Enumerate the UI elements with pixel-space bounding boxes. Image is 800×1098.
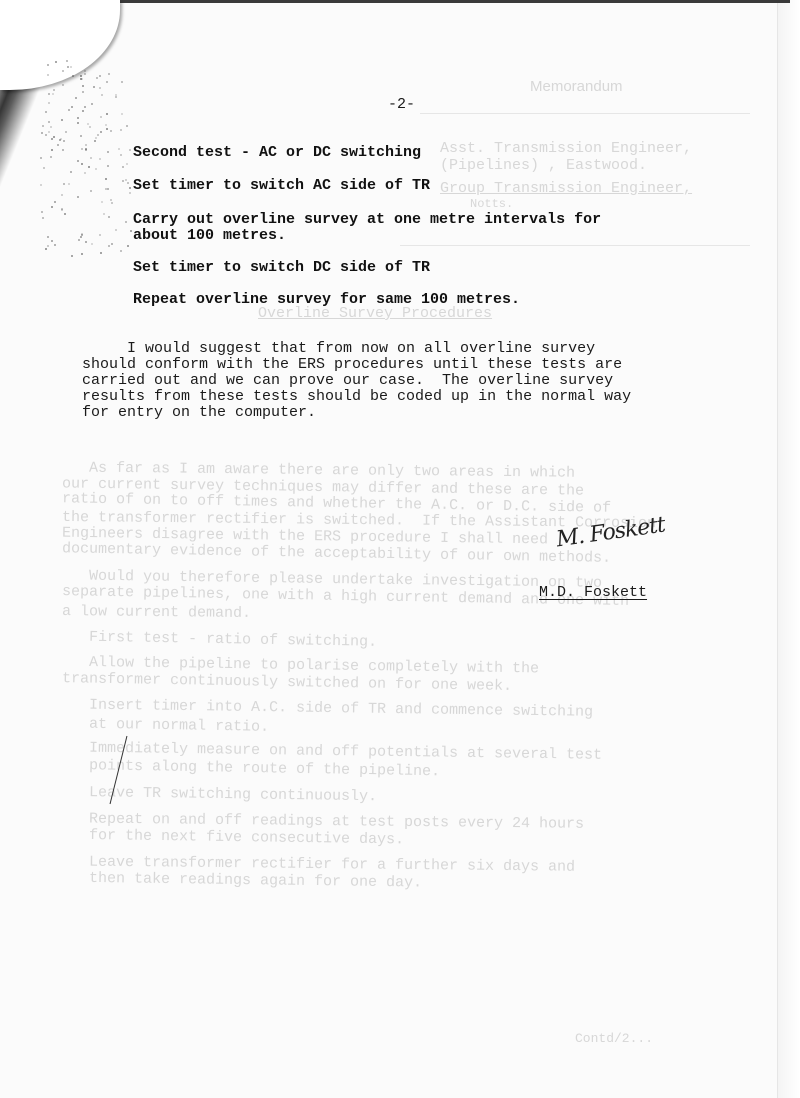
- speckle: [127, 245, 129, 247]
- step-timer-ac: Set timer to switch AC side of TR: [133, 178, 430, 194]
- step-second-test: Second test - AC or DC switching: [133, 145, 421, 161]
- speckle: [63, 140, 65, 142]
- speckle: [80, 78, 82, 80]
- speckle: [90, 190, 92, 192]
- speckle: [111, 202, 113, 204]
- speckle: [71, 255, 73, 257]
- speckle: [81, 253, 83, 255]
- ghost-rule: [400, 245, 750, 246]
- speckle: [97, 134, 99, 136]
- speckle: [41, 211, 43, 213]
- speckle: [87, 123, 89, 125]
- speckle: [80, 135, 82, 137]
- ghost-to-line: Asst. Transmission Engineer,: [440, 140, 692, 157]
- speckle: [101, 201, 103, 203]
- speckle: [82, 110, 84, 112]
- speckle: [54, 201, 56, 203]
- speckle: [130, 230, 132, 232]
- speckle: [71, 106, 73, 108]
- speckle: [100, 252, 102, 254]
- speckle: [55, 61, 57, 63]
- speckle: [95, 137, 97, 139]
- speckle: [54, 244, 56, 246]
- speckle: [61, 119, 63, 121]
- ghost-body-line: for the next five consecutive days.: [62, 827, 404, 849]
- speckle: [126, 125, 128, 127]
- speckle: [40, 184, 42, 186]
- speckle: [80, 75, 82, 77]
- speckle: [48, 102, 50, 104]
- ghost-rule: [420, 113, 750, 114]
- paragraph-line: I would suggest that from now on all ove…: [82, 341, 595, 357]
- speckle: [105, 178, 107, 180]
- speckle: [77, 160, 79, 162]
- speckle: [43, 167, 45, 169]
- ghost-header: Memorandum: [530, 78, 623, 95]
- speckle: [100, 116, 102, 118]
- speckle: [94, 140, 96, 142]
- speckle: [99, 87, 101, 89]
- speckle: [107, 188, 109, 190]
- ghost-body-line: First test - ratio of switching.: [62, 628, 377, 650]
- speckle: [115, 96, 117, 98]
- speckle: [111, 243, 113, 245]
- speckle: [122, 180, 124, 182]
- speckle: [85, 149, 87, 151]
- page-number: -2-: [388, 97, 415, 113]
- speckle: [47, 245, 49, 247]
- step-timer-dc: Set timer to switch DC side of TR: [133, 260, 430, 276]
- speckle: [82, 91, 84, 93]
- speckle: [82, 85, 84, 87]
- speckle: [42, 125, 44, 127]
- page-edge: [777, 0, 800, 1098]
- speckle: [60, 138, 62, 140]
- speckle: [45, 111, 47, 113]
- speckle: [99, 75, 101, 77]
- speckle: [81, 233, 83, 235]
- speckle: [122, 166, 124, 168]
- ghost-to-line: Group Transmission Engineer,: [440, 180, 692, 197]
- speckle: [101, 94, 103, 96]
- step-repeat-survey: Repeat overline survey for same 100 metr…: [133, 292, 520, 308]
- speckle: [51, 206, 53, 208]
- speckle: [121, 113, 123, 115]
- speckle: [100, 131, 102, 133]
- speckle: [42, 217, 44, 219]
- speckle: [48, 121, 50, 123]
- speckle: [47, 236, 49, 238]
- speckle: [77, 117, 79, 119]
- speckle: [121, 81, 123, 83]
- speckle: [125, 179, 127, 181]
- speckle: [51, 138, 53, 140]
- speckle: [75, 97, 77, 99]
- speckle: [51, 240, 53, 242]
- speckle: [118, 148, 120, 150]
- speckle: [84, 172, 86, 174]
- paragraph-line: carried out and we can prove our case. T…: [82, 373, 613, 389]
- speckle: [91, 103, 93, 105]
- speckle: [62, 84, 64, 86]
- ghost-body-line: a low current demand.: [62, 603, 251, 622]
- speckle: [108, 73, 110, 75]
- speckle: [105, 124, 107, 126]
- speckle: [106, 128, 108, 130]
- speckle: [108, 245, 110, 247]
- speckle: [120, 250, 122, 252]
- speckle: [80, 236, 82, 238]
- speckle: [48, 93, 50, 95]
- speckle: [91, 243, 93, 245]
- speckle: [90, 157, 92, 159]
- speckle: [115, 229, 117, 231]
- speckle: [107, 151, 109, 153]
- speckle: [48, 131, 50, 133]
- speckle: [52, 93, 54, 95]
- speckle: [99, 158, 101, 160]
- speckle: [99, 234, 101, 236]
- speckle: [108, 216, 110, 218]
- page-corner-curl: [0, 0, 120, 90]
- speckle: [61, 208, 63, 210]
- speckle: [64, 213, 66, 215]
- speckle: [107, 165, 109, 167]
- speckle: [81, 148, 83, 150]
- speckle: [50, 156, 52, 158]
- speckle: [84, 106, 86, 108]
- speckle: [40, 157, 42, 159]
- speckle: [72, 75, 74, 77]
- speckle: [68, 183, 70, 185]
- speckle: [88, 166, 90, 168]
- speckle: [93, 86, 95, 88]
- speckle: [129, 149, 131, 151]
- speckle: [126, 163, 128, 165]
- speckle: [106, 81, 108, 83]
- speckle: [65, 131, 67, 133]
- ghost-body-line: at our normal ratio.: [62, 715, 269, 736]
- speckle: [105, 188, 107, 190]
- speckle: [70, 66, 72, 68]
- speckle: [41, 132, 43, 134]
- speckle: [127, 182, 129, 184]
- speckle: [45, 248, 47, 250]
- speckle: [61, 194, 63, 196]
- speckle: [53, 136, 55, 138]
- speckle: [77, 122, 79, 124]
- speckle: [77, 196, 79, 198]
- speckle: [78, 239, 80, 241]
- speckle: [110, 199, 112, 201]
- speckle: [66, 60, 68, 62]
- step-overline-survey: Carry out overline survey at one metre i…: [133, 212, 601, 244]
- speckle: [84, 73, 86, 75]
- speckle: [110, 130, 112, 132]
- speckle: [120, 129, 122, 131]
- speckle: [50, 126, 52, 128]
- speckle: [129, 187, 131, 189]
- speckle: [62, 149, 64, 151]
- ghost-to-line: (Pipelines) , Eastwood.: [440, 157, 647, 174]
- speckle: [51, 149, 53, 151]
- speckle: [103, 213, 105, 215]
- page-top-edge: [100, 0, 790, 3]
- paragraph-line: for entry on the computer.: [82, 405, 316, 421]
- speckle: [120, 154, 122, 156]
- speckle: [63, 183, 65, 185]
- speckle: [106, 113, 108, 115]
- signatory-name: M.D. Foskett: [539, 585, 647, 601]
- ghost-body-line: then take readings again for one day.: [62, 869, 422, 891]
- speckle: [81, 163, 83, 165]
- speckle: [85, 241, 87, 243]
- speckle: [53, 89, 55, 91]
- speckle: [85, 144, 87, 146]
- paragraph-line: results from these tests should be coded…: [82, 389, 631, 405]
- speckle: [95, 168, 97, 170]
- speckle: [70, 171, 72, 173]
- speckle: [125, 221, 127, 223]
- speckle: [57, 144, 59, 146]
- ghost-contd: Contd/2...: [575, 1030, 653, 1047]
- speckle: [45, 134, 47, 136]
- speckle: [89, 126, 91, 128]
- speckle: [68, 109, 70, 111]
- speckle: [129, 192, 131, 194]
- paragraph-line: should conform with the ERS procedures u…: [82, 357, 622, 373]
- document-page: Memorandum Asst. Transmission Engineer, …: [0, 0, 800, 1098]
- speckle: [96, 77, 98, 79]
